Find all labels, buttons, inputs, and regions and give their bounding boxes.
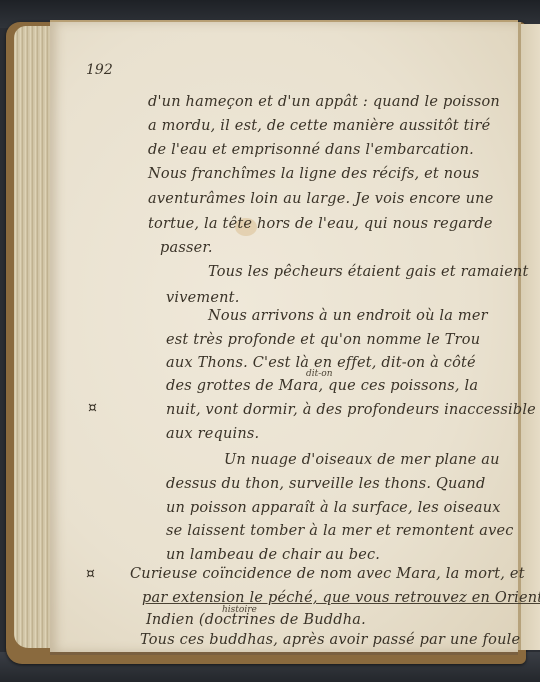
text-line: a mordu, il est, de cette manière aussit… [148,118,490,134]
text-line: Tous les pêcheurs étaient gais et ramaie… [208,264,529,280]
text-line: dessus du thon, surveille les thons. Qua… [166,476,485,492]
note-line: Tous ces buddhas, après avoir passé par … [140,632,520,648]
note-line: Curieuse coïncidence de nom avec Mara, l… [130,566,525,582]
note-line: Indien (doctrines de Buddha. [146,612,366,628]
text-line: un lambeau de chair au bec. [166,547,380,563]
text-line: Nous arrivons à un endroit où la mer [208,308,488,324]
text-line: est très profonde et qu'on nomme le Trou [166,332,480,348]
page-number: 192 [86,62,113,78]
text-line: vivement. [166,290,240,306]
note-line: par extension le péché, que vous retrouv… [142,590,540,606]
margin-mark-icon: ¤ [88,400,97,416]
text-line: de l'eau et emprisonné dans l'embarcatio… [148,142,474,158]
text-line: aux requins. [166,426,259,442]
text-line: passer. [160,240,213,256]
text-line: des grottes de Mara, que ces poissons, l… [166,378,478,394]
text-line: Nous franchîmes la ligne des récifs, et … [148,166,479,182]
text-line: tortue, la tête hors de l'eau, qui nous … [148,216,493,232]
text-line: d'un hameçon et d'un appât : quand le po… [148,94,500,110]
text-line: Un nuage d'oiseaux de mer plane au [224,452,500,468]
text-line: aventurâmes loin au large. Je vois encor… [148,191,493,207]
text-line: nuit, vont dormir, à des profondeurs ina… [166,402,536,418]
note-marker-icon: ¤ [86,566,95,582]
text-line: un poisson apparaît à la surface, les oi… [166,500,501,516]
page-edges [14,26,54,648]
text-line: se laissent tomber à la mer et remontent… [166,523,514,539]
facing-page [521,24,540,650]
